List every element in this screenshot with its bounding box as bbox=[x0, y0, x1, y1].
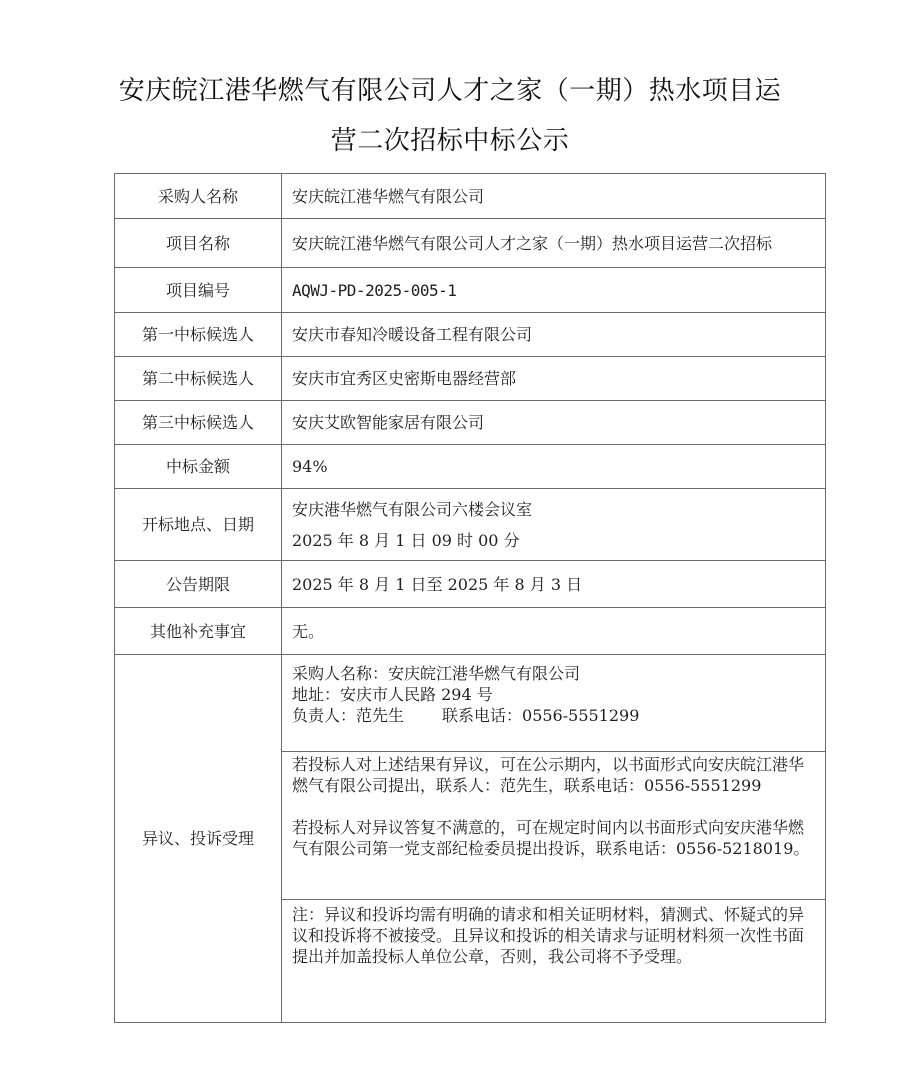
opening-datetime: 2025 年 8 月 1 日 09 时 00 分 bbox=[292, 525, 815, 556]
table-row-buyer: 采购人名称 安庆皖江港华燃气有限公司 bbox=[115, 174, 826, 219]
table-row-project: 项目名称 安庆皖江港华燃气有限公司人才之家（一期）热水项目运营二次招标 bbox=[115, 219, 826, 268]
objection-text: 若投标人对上述结果有异议，可在公示期内，以书面形式向安庆皖江港华燃气有限公司提出… bbox=[292, 754, 815, 796]
complaint-contact-person: 负责人：范先生 bbox=[292, 706, 404, 725]
candidate-3-label: 第三中标候选人 bbox=[115, 401, 282, 445]
other-value: 无。 bbox=[282, 608, 826, 655]
code-label: 项目编号 bbox=[115, 268, 282, 313]
opening-label: 开标地点、日期 bbox=[115, 489, 282, 561]
complaint-contact-phone: 联系电话：0556-5551299 bbox=[442, 706, 639, 725]
complaint-buyer-name: 采购人名称：安庆皖江港华燃气有限公司 bbox=[292, 663, 815, 684]
appeal-text: 若投标人对异议答复不满意的，可在规定时间内以书面形式向安庆港华燃气有限公司第一党… bbox=[292, 817, 815, 859]
page-title: 安庆皖江港华燃气有限公司人才之家（一期）热水项目运 营二次招标中标公示 bbox=[0, 66, 900, 166]
notice-table: 采购人名称 安庆皖江港华燃气有限公司 项目名称 安庆皖江港华燃气有限公司人才之家… bbox=[114, 173, 826, 1023]
buyer-label: 采购人名称 bbox=[115, 174, 282, 219]
period-value: 2025 年 8 月 1 日至 2025 年 8 月 3 日 bbox=[282, 561, 826, 608]
opening-place: 安庆港华燃气有限公司六楼会议室 bbox=[292, 494, 815, 525]
table-row-other: 其他补充事宜 无。 bbox=[115, 608, 826, 655]
table-row-candidate-1: 第一中标候选人 安庆市春知冷暖设备工程有限公司 bbox=[115, 313, 826, 357]
code-value: AQWJ-PD-2025-005-1 bbox=[282, 268, 826, 313]
title-line-1: 安庆皖江港华燃气有限公司人才之家（一期）热水项目运 bbox=[0, 66, 900, 116]
complaint-label: 异议、投诉受理 bbox=[115, 655, 282, 1023]
buyer-value: 安庆皖江港华燃气有限公司 bbox=[282, 174, 826, 219]
candidate-2-value: 安庆市宜秀区史密斯电器经营部 bbox=[282, 357, 826, 401]
complaint-buyer-address: 地址：安庆市人民路 294 号 bbox=[292, 684, 815, 705]
candidate-1-value: 安庆市春知冷暖设备工程有限公司 bbox=[282, 313, 826, 357]
table-row-candidate-2: 第二中标候选人 安庆市宜秀区史密斯电器经营部 bbox=[115, 357, 826, 401]
candidate-1-label: 第一中标候选人 bbox=[115, 313, 282, 357]
period-label: 公告期限 bbox=[115, 561, 282, 608]
amount-value: 94% bbox=[282, 445, 826, 489]
candidate-3-value: 安庆艾欧智能家居有限公司 bbox=[282, 401, 826, 445]
opening-value: 安庆港华燃气有限公司六楼会议室 2025 年 8 月 1 日 09 时 00 分 bbox=[282, 489, 826, 561]
project-label: 项目名称 bbox=[115, 219, 282, 268]
title-line-2: 营二次招标中标公示 bbox=[0, 116, 900, 166]
table-row-candidate-3: 第三中标候选人 安庆艾欧智能家居有限公司 bbox=[115, 401, 826, 445]
table-row-code: 项目编号 AQWJ-PD-2025-005-1 bbox=[115, 268, 826, 313]
other-label: 其他补充事宜 bbox=[115, 608, 282, 655]
table-row-amount: 中标金额 94% bbox=[115, 445, 826, 489]
table-row-opening: 开标地点、日期 安庆港华燃气有限公司六楼会议室 2025 年 8 月 1 日 0… bbox=[115, 489, 826, 561]
complaint-note: 注：异议和投诉均需有明确的请求和相关证明材料，猜测式、怀疑式的异议和投诉将不被接… bbox=[282, 900, 826, 1023]
table-row-complaint-buyer: 异议、投诉受理 采购人名称：安庆皖江港华燃气有限公司 地址：安庆市人民路 294… bbox=[115, 655, 826, 752]
complaint-procedure: 若投标人对上述结果有异议，可在公示期内，以书面形式向安庆皖江港华燃气有限公司提出… bbox=[282, 752, 826, 900]
complaint-buyer-info: 采购人名称：安庆皖江港华燃气有限公司 地址：安庆市人民路 294 号 负责人：范… bbox=[282, 655, 826, 752]
complaint-contact-line: 负责人：范先生联系电话：0556-5551299 bbox=[292, 705, 815, 726]
table-row-period: 公告期限 2025 年 8 月 1 日至 2025 年 8 月 3 日 bbox=[115, 561, 826, 608]
project-value: 安庆皖江港华燃气有限公司人才之家（一期）热水项目运营二次招标 bbox=[282, 219, 826, 268]
candidate-2-label: 第二中标候选人 bbox=[115, 357, 282, 401]
amount-label: 中标金额 bbox=[115, 445, 282, 489]
